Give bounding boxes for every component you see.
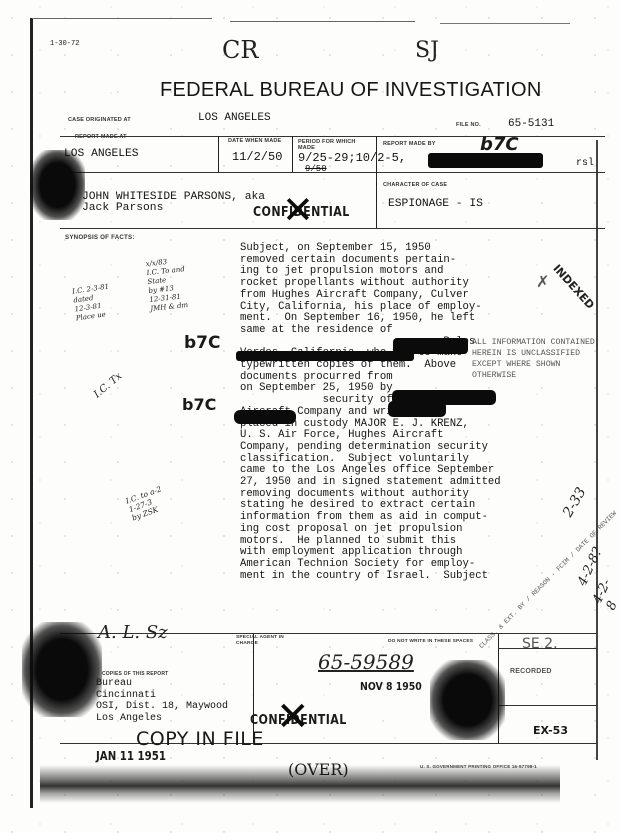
section-stamp: SE 2. <box>522 636 558 652</box>
file-number: 65-5131 <box>508 118 554 130</box>
period-value-line2: 9/50 <box>305 164 327 174</box>
record-number: 65-59589 <box>318 650 414 674</box>
copy-recipient: Los Angeles <box>96 713 228 725</box>
declassification-line: ALL INFORMATION CONTAINED <box>472 337 595 348</box>
synopsis-line: typewritten copies of them. Above <box>240 360 501 372</box>
handwritten-note-left-bottom: I.C. to a-21-27-3by ZSK <box>125 484 169 522</box>
col-divider-1 <box>218 136 219 172</box>
top-mark-left: CR <box>222 36 258 64</box>
handwritten-note-left-middle: x/x/83I.C. To andStateby #1312-31-81JMH … <box>145 256 189 314</box>
top-border <box>32 18 212 19</box>
synopsis-label: SYNOPSIS OF FACTS: <box>65 234 135 241</box>
top-border-3 <box>440 23 570 24</box>
b7c-mark-1: b7C <box>184 333 220 353</box>
ex-number: EX-53 <box>533 724 568 737</box>
handwritten-note-left-top: I.C. 2-3-81dated12-3-81Place ue <box>72 283 114 324</box>
ink-blot-footer-right <box>430 660 505 740</box>
period-label: PERIOD FOR WHICH MADE <box>298 139 358 151</box>
file-no-label: FILE NO. <box>456 122 481 128</box>
character-of-case-value: ESPIONAGE - IS <box>388 198 483 210</box>
report-made-by-label: REPORT MADE BY <box>383 141 436 147</box>
handwritten-note-left-lower: I.C. Tx <box>92 371 124 401</box>
redaction-residence-line2 <box>236 351 414 361</box>
declassification-line: OTHERWISE <box>472 370 595 381</box>
redaction-by <box>388 401 446 417</box>
redacted-agent-name <box>428 153 543 168</box>
copy-recipient: OSI, Dist. 18, Maywood <box>96 701 228 713</box>
fbi-report-page: 1-30-72 CR SJ FEDERAL BUREAU OF INVESTIG… <box>0 0 620 833</box>
date-when-made-value: 11/2/50 <box>232 150 282 164</box>
synopsis-line: Company, pending determination security <box>240 442 501 454</box>
copy-in-file-stamp: COPY IN FILE <box>136 728 264 750</box>
synopsis-line: same at the residence of <box>240 325 501 337</box>
indexed-stamp: INDEXED <box>550 262 597 312</box>
col-divider-2 <box>292 136 293 172</box>
copy-recipient: Cincinnati <box>96 690 228 702</box>
recorded-label: RECORDED <box>510 668 552 675</box>
ink-blot-title <box>30 150 85 220</box>
handwritten-right-3: 4-2-8 <box>590 573 620 613</box>
top-border-2 <box>230 21 415 22</box>
top-mark-right: SJ <box>415 38 439 63</box>
footer-line-mid <box>498 705 597 706</box>
indexed-check-mark: ✗ <box>536 272 549 291</box>
date-when-made-label: DATE WHEN MADE <box>228 138 281 144</box>
record-date: NOV 8 1950 <box>360 680 422 693</box>
x-mark-header: ✕ <box>282 188 314 232</box>
b7c-mark-header: b7C <box>480 134 519 155</box>
bottom-smudge <box>40 765 560 803</box>
b7c-mark-2: b7C <box>182 395 216 414</box>
x-mark-footer: ✕ <box>276 694 310 740</box>
character-of-case-label: CHARACTER OF CASE <box>383 182 447 188</box>
right-border <box>596 140 598 760</box>
case-originated-label: CASE ORIGINATED AT <box>68 117 131 123</box>
table-mid-line <box>60 172 605 173</box>
report-made-by-suffix: rsl <box>576 158 594 169</box>
ink-blot-footer-left <box>22 622 102 717</box>
agency-title: FEDERAL BUREAU OF INVESTIGATION <box>160 79 542 102</box>
case-originated-value: LOS ANGELES <box>198 112 271 124</box>
table-bottom-line <box>60 228 605 229</box>
copy-recipient: Bureau <box>96 678 228 690</box>
synopsis-line: American Technion Society for employ- <box>240 559 501 571</box>
synopsis-line: ing cost proposal on jet propulsion <box>240 524 501 536</box>
declassification-line: EXCEPT WHERE SHOWN <box>472 359 595 370</box>
copies-list: BureauCincinnatiOSI, Dist. 18, MaywoodLo… <box>96 678 228 724</box>
declassification-stamp: ALL INFORMATION CONTAINEDHEREIN IS UNCLA… <box>472 337 595 381</box>
report-made-at-label: REPORT MADE AT <box>75 134 127 140</box>
do-not-write-label: DO NOT WRITE IN THESE SPACES <box>388 639 473 644</box>
agent-signature: A. L. Sz <box>98 622 168 643</box>
corner-form-number: 1-30-72 <box>50 40 79 48</box>
synopsis-line: 27, 1950 and in signed statement admitte… <box>240 477 501 489</box>
redaction-security-officer <box>234 410 296 424</box>
subject-name-line2: Jack Parsons <box>82 202 163 214</box>
col-divider-3 <box>376 136 377 228</box>
synopsis-line: from Hughes Aircraft Company, Culver <box>240 290 501 302</box>
synopsis-line: ment in the country of Israel. Subject <box>240 571 501 583</box>
declassification-line: HEREIN IS UNCLASSIFIED <box>472 348 595 359</box>
special-agent-label: SPECIAL AGENT IN CHARGE <box>236 635 286 647</box>
period-value: 9/25-29;10/2-5, <box>298 151 406 165</box>
copies-label: COPIES OF THIS REPORT <box>102 671 168 677</box>
handwritten-right-1: 2-33 <box>560 485 590 520</box>
table-top-line <box>60 136 605 137</box>
copy-in-file-date: JAN 11 1951 <box>96 749 166 763</box>
synopsis-line: Subject, on September 15, 1950 <box>240 243 501 255</box>
